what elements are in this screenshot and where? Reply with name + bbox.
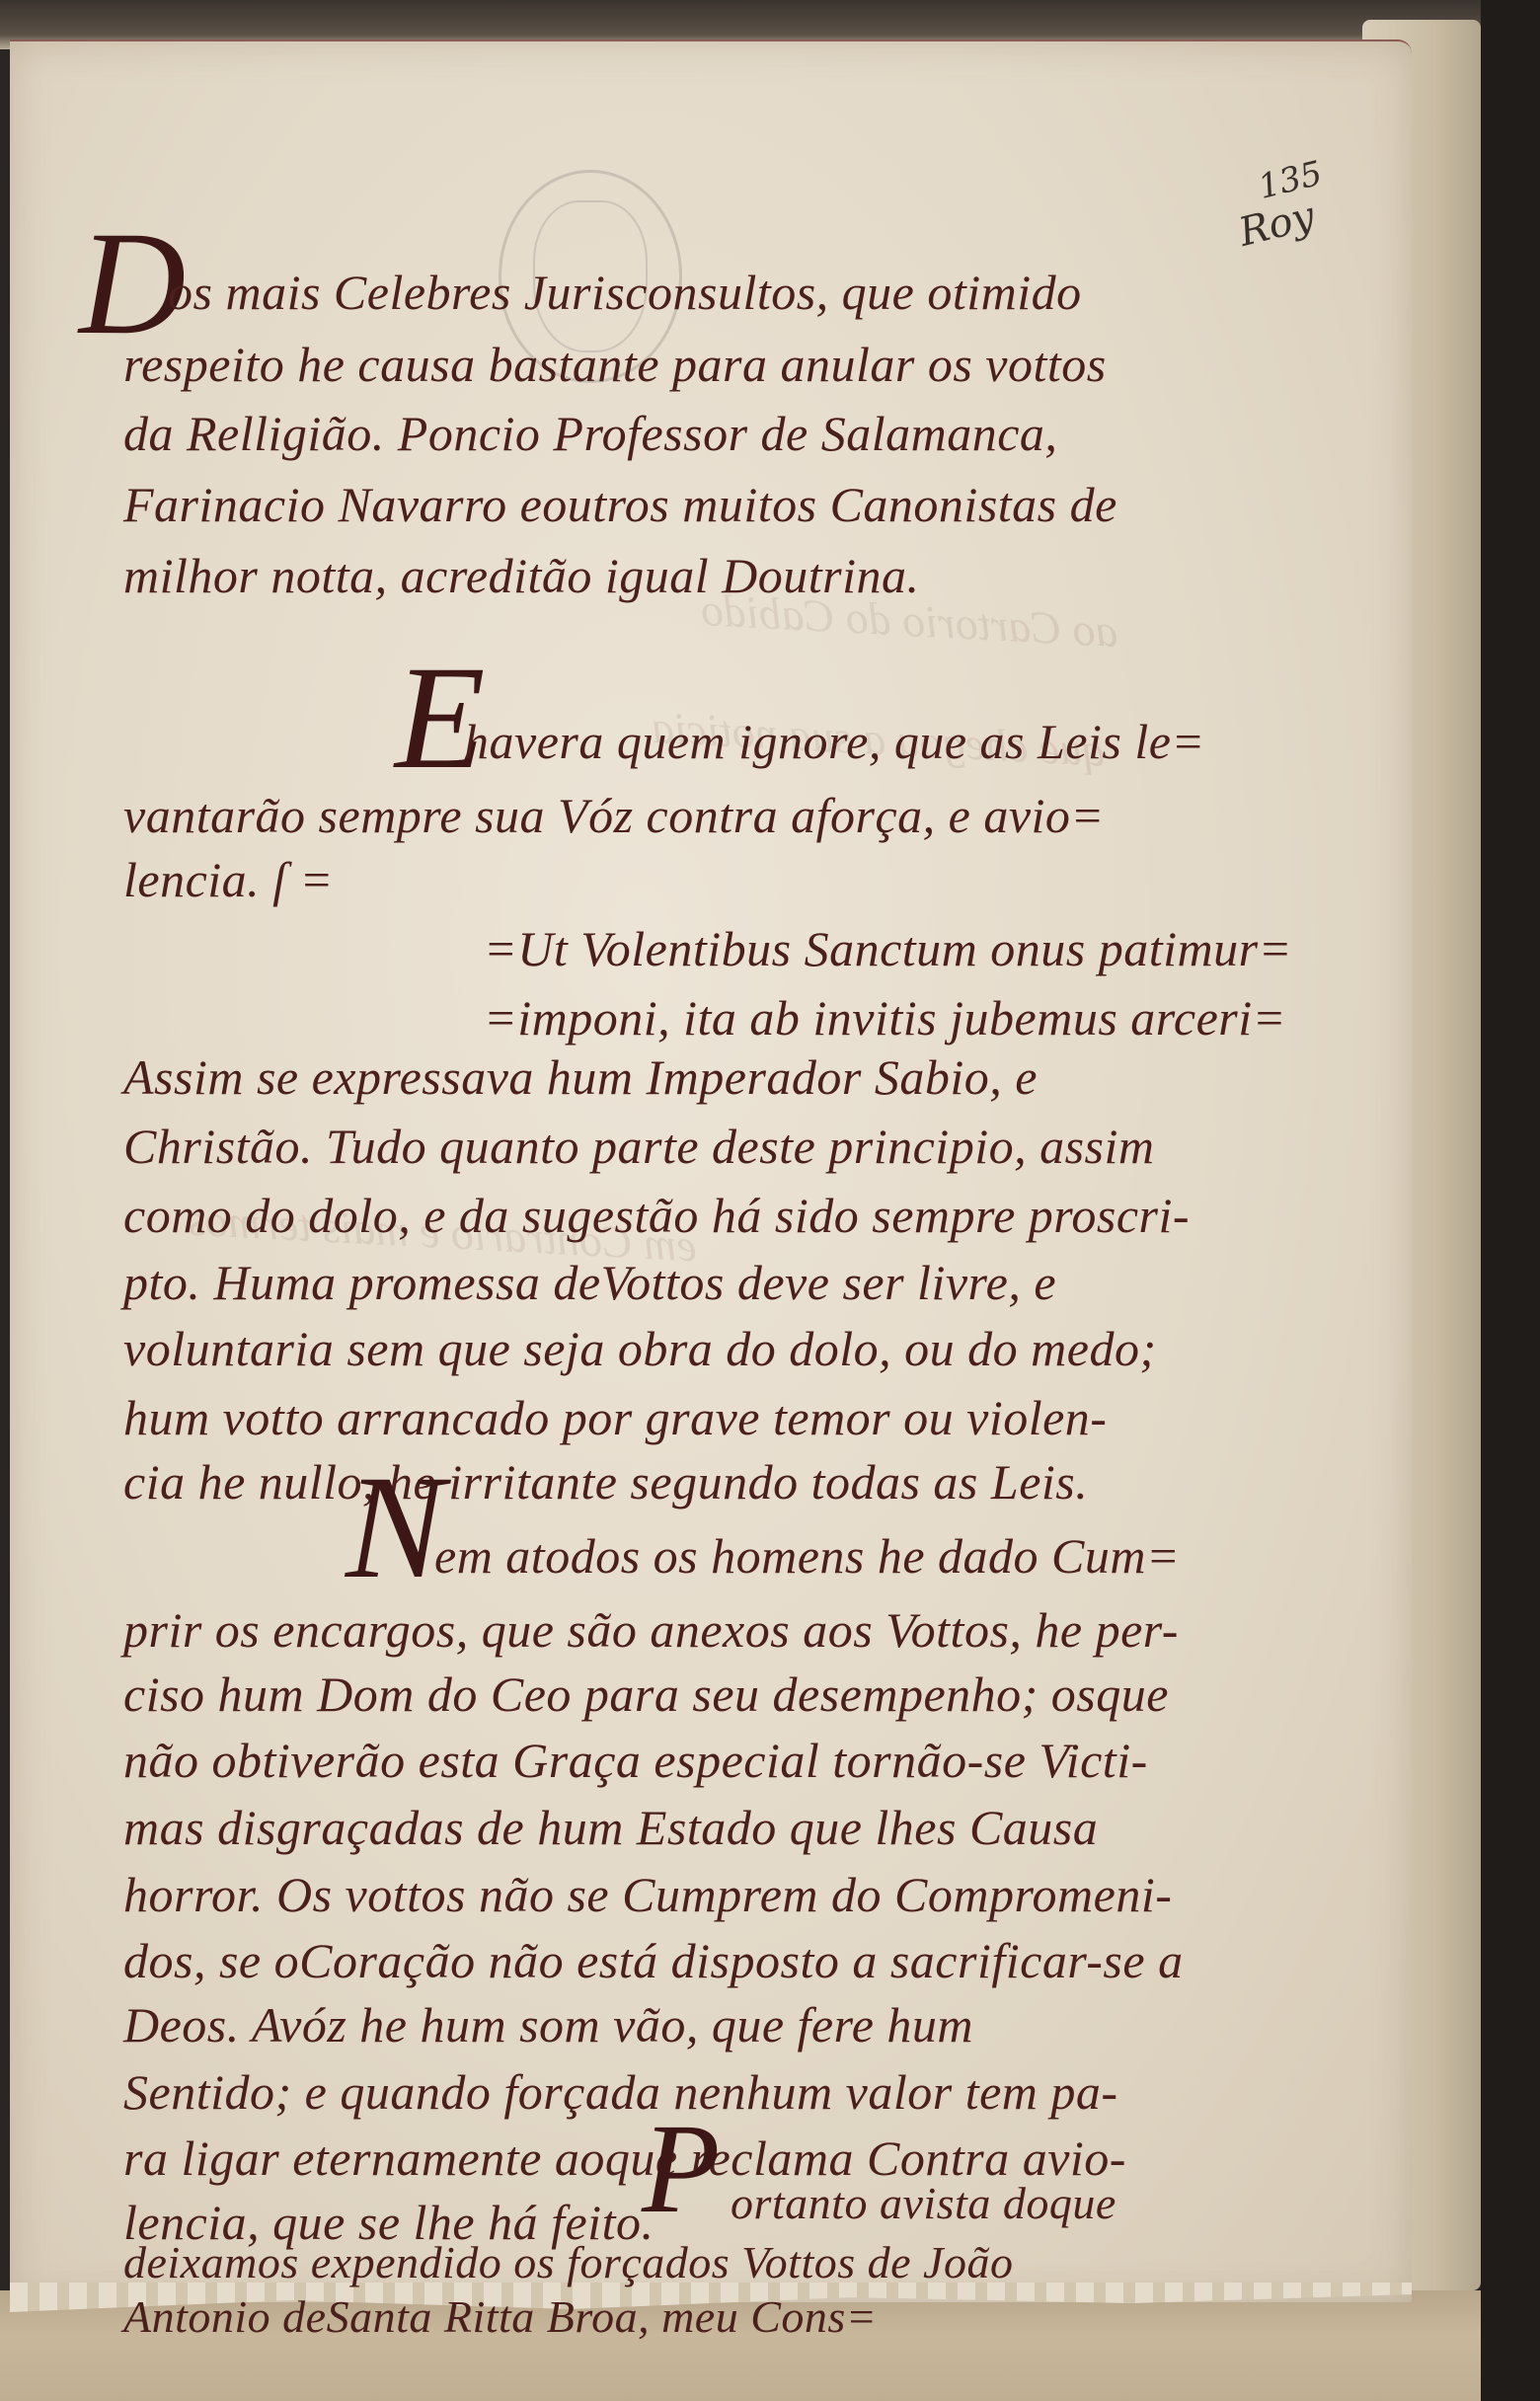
text-line: em atodos os homens he dado Cum= bbox=[434, 1527, 1180, 1585]
text-line: milhor notta, acreditão igual Doutrina. bbox=[123, 547, 920, 604]
text-line: hum votto arrancado por grave temor ou v… bbox=[123, 1389, 1107, 1446]
text-line: lencia. ſ = bbox=[123, 851, 334, 908]
dropcap: N bbox=[346, 1453, 444, 1601]
text-line: Sentido; e quando forçada nenhum valor t… bbox=[123, 2063, 1118, 2121]
text-line: lencia, que se lhe há feito. bbox=[123, 2194, 654, 2251]
manuscript-page: ao Cartorio do Cabido que chegou a sua n… bbox=[10, 39, 1412, 2302]
text-line: pto. Huma promessa deVottos deve ser liv… bbox=[123, 1254, 1056, 1311]
text-line: os mais Celebres Jurisconsultos, que oti… bbox=[168, 264, 1082, 321]
bottom-board bbox=[0, 2290, 1481, 2401]
text-line: como do dolo, e da sugestão há sido semp… bbox=[123, 1187, 1190, 1244]
text-line: não obtiverão esta Graça especial tornão… bbox=[123, 1732, 1148, 1789]
text-line: havera quem ignore, que as Leis le= bbox=[464, 713, 1205, 770]
text-line: Deos. Avóz he hum som vão, que fere hum bbox=[123, 1996, 973, 2053]
latin-quote-line: =imponi, ita ab invitis jubemus arceri= bbox=[484, 989, 1286, 1046]
text-line: Christão. Tudo quanto parte deste princi… bbox=[123, 1118, 1155, 1175]
text-line: da Relligião. Poncio Professor de Salama… bbox=[123, 405, 1057, 462]
text-line: Assim se expressava hum Imperador Sabio,… bbox=[123, 1048, 1038, 1106]
text-line: cia he nullo, he irritante segundo todas… bbox=[123, 1453, 1088, 1510]
folio-number: 135 Roy bbox=[1216, 153, 1336, 255]
text-line: Farinacio Navarro eoutros muitos Canonis… bbox=[123, 476, 1117, 533]
text-line: horror. Os vottos não se Cumprem do Comp… bbox=[123, 1866, 1172, 1923]
text-line: dos, se oCoração não está disposto a sac… bbox=[123, 1932, 1184, 1989]
dropcap: P bbox=[642, 2095, 720, 2243]
dark-background bbox=[1481, 0, 1540, 2401]
text-line: mas disgraçadas de hum Estado que lhes C… bbox=[123, 1799, 1098, 1856]
text-line: respeito he causa bastante para anular o… bbox=[123, 336, 1107, 393]
text-line: prir os encargos, que são anexos aos Vot… bbox=[123, 1601, 1179, 1659]
text-line: vantarão sempre sua Vóz contra aforça, e… bbox=[123, 787, 1105, 844]
latin-quote-line: =Ut Volentibus Sanctum onus patimur= bbox=[484, 920, 1292, 977]
text-line: voluntaria sem que seja obra do dolo, ou… bbox=[123, 1320, 1157, 1377]
text-line: ciso hum Dom do Ceo para seu desempenho;… bbox=[123, 1665, 1169, 1723]
text-line: ra ligar eternamente aoque reclama Contr… bbox=[123, 2130, 1126, 2187]
